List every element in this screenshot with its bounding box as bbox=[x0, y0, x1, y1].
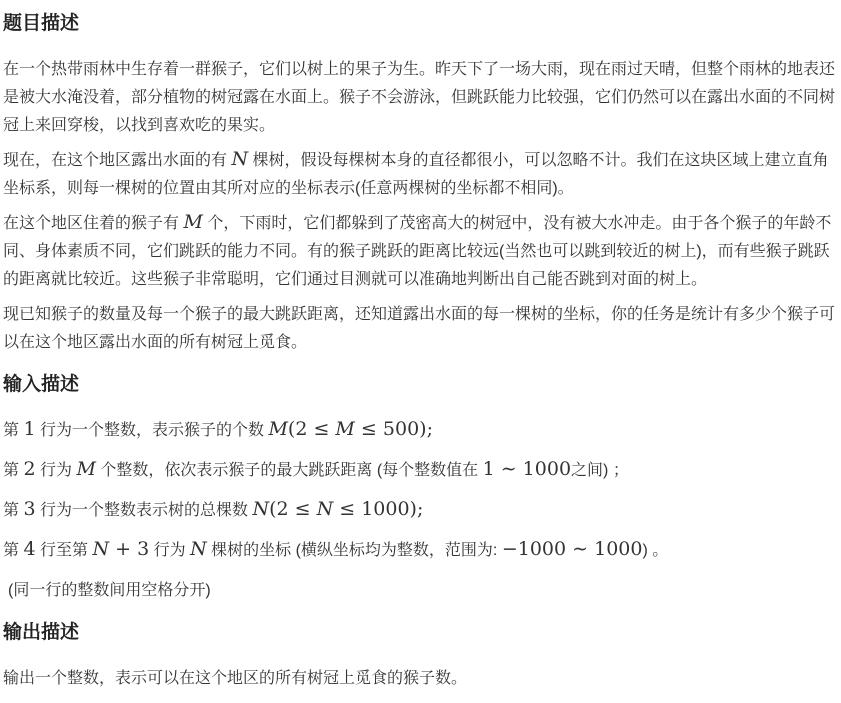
text-run: 第 bbox=[3, 542, 23, 559]
input-line-3: 第 3 行为一个整数表示树的总棵数 N(2 ≤ N ≤ 1000); bbox=[3, 497, 838, 525]
text-run: 在这个地区住着的猴子有 bbox=[3, 215, 183, 232]
math-range: −1000 ∼ 1000 bbox=[502, 538, 643, 560]
description-paragraph-3: 在这个地区住着的猴子有 M 个，下雨时，它们都躲到了茂密高大的树冠中，没有被大水… bbox=[3, 210, 838, 294]
math-var-m: M bbox=[183, 211, 202, 233]
math-constraint: ≤ 1000); bbox=[333, 498, 423, 520]
output-line: 输出一个整数，表示可以在这个地区的所有树冠上觅食的猴子数。 bbox=[3, 665, 838, 693]
text-run: 第 bbox=[3, 422, 23, 439]
math-constraint: (2 ≤ bbox=[269, 498, 317, 520]
input-line-2: 第 2 行为 M 个整数，依次表示猴子的最大跳跃距离 (每个整数值在 1 ∼ 1… bbox=[3, 457, 838, 485]
text-run: 行为 bbox=[36, 462, 77, 479]
text-run: 行为一个整数，表示猴子的个数 bbox=[36, 422, 269, 439]
text-run: 棵树的坐标 (横纵坐标均为整数，范围为: bbox=[207, 542, 502, 559]
text-run: 之间) ； bbox=[571, 462, 629, 479]
input-description-section: 输入描述 第 1 行为一个整数，表示猴子的个数 M(2 ≤ M ≤ 500); … bbox=[3, 373, 838, 605]
math-var-m: M bbox=[335, 418, 354, 440]
math-var-m: M bbox=[76, 458, 95, 480]
math-var-n: N bbox=[190, 538, 207, 560]
math-number: 1 bbox=[23, 418, 35, 440]
input-line-1: 第 1 行为一个整数，表示猴子的个数 M(2 ≤ M ≤ 500); bbox=[3, 417, 838, 445]
math-number: 3 bbox=[23, 498, 35, 520]
text-run: ) 。 bbox=[642, 542, 668, 559]
math-var-n: N bbox=[231, 148, 248, 170]
text-run: 现在，在这个地区露出水面的有 bbox=[3, 152, 231, 169]
math-var-n: N bbox=[252, 498, 269, 520]
text-run: 行至第 bbox=[36, 542, 93, 559]
text-run: 行为 bbox=[149, 542, 190, 559]
problem-statement-page: 题目描述 在一个热带雨林中生存着一群猴子，它们以树上的果子为生。昨天下了一场大雨… bbox=[0, 0, 841, 703]
math-constraint: (2 ≤ bbox=[288, 418, 336, 440]
input-line-4: 第 4 行至第 N + 3 行为 N 棵树的坐标 (横纵坐标均为整数，范围为: … bbox=[3, 537, 838, 565]
input-description-heading: 输入描述 bbox=[3, 373, 838, 397]
math-var-n: N bbox=[92, 538, 109, 560]
math-range: 1 ∼ 1000 bbox=[483, 458, 571, 480]
text-run: 第 bbox=[3, 462, 23, 479]
problem-description-heading: 题目描述 bbox=[3, 12, 838, 36]
math-expression: + 3 bbox=[109, 538, 149, 560]
math-var-m: M bbox=[268, 418, 287, 440]
math-number: 2 bbox=[23, 458, 35, 480]
problem-description-section: 题目描述 在一个热带雨林中生存着一群猴子，它们以树上的果子为生。昨天下了一场大雨… bbox=[3, 12, 838, 357]
text-run: 第 bbox=[3, 502, 23, 519]
description-paragraph-1: 在一个热带雨林中生存着一群猴子，它们以树上的果子为生。昨天下了一场大雨，现在雨过… bbox=[3, 56, 838, 140]
output-description-heading: 输出描述 bbox=[3, 621, 838, 645]
math-var-n: N bbox=[317, 498, 334, 520]
input-note: (同一行的整数间用空格分开) bbox=[3, 577, 838, 605]
math-number: 4 bbox=[23, 538, 35, 560]
output-description-section: 输出描述 输出一个整数，表示可以在这个地区的所有树冠上觅食的猴子数。 bbox=[3, 621, 838, 693]
description-paragraph-4: 现已知猴子的数量及每一个猴子的最大跳跃距离，还知道露出水面的每一棵树的坐标，你的… bbox=[3, 301, 838, 357]
description-paragraph-2: 现在，在这个地区露出水面的有 N 棵树，假设每棵树本身的直径都很小，可以忽略不计… bbox=[3, 147, 838, 203]
text-run: 个整数，依次表示猴子的最大跳跃距离 (每个整数值在 bbox=[96, 462, 483, 479]
text-run: 行为一个整数表示树的总棵数 bbox=[36, 502, 253, 519]
math-constraint: ≤ 500); bbox=[355, 418, 433, 440]
